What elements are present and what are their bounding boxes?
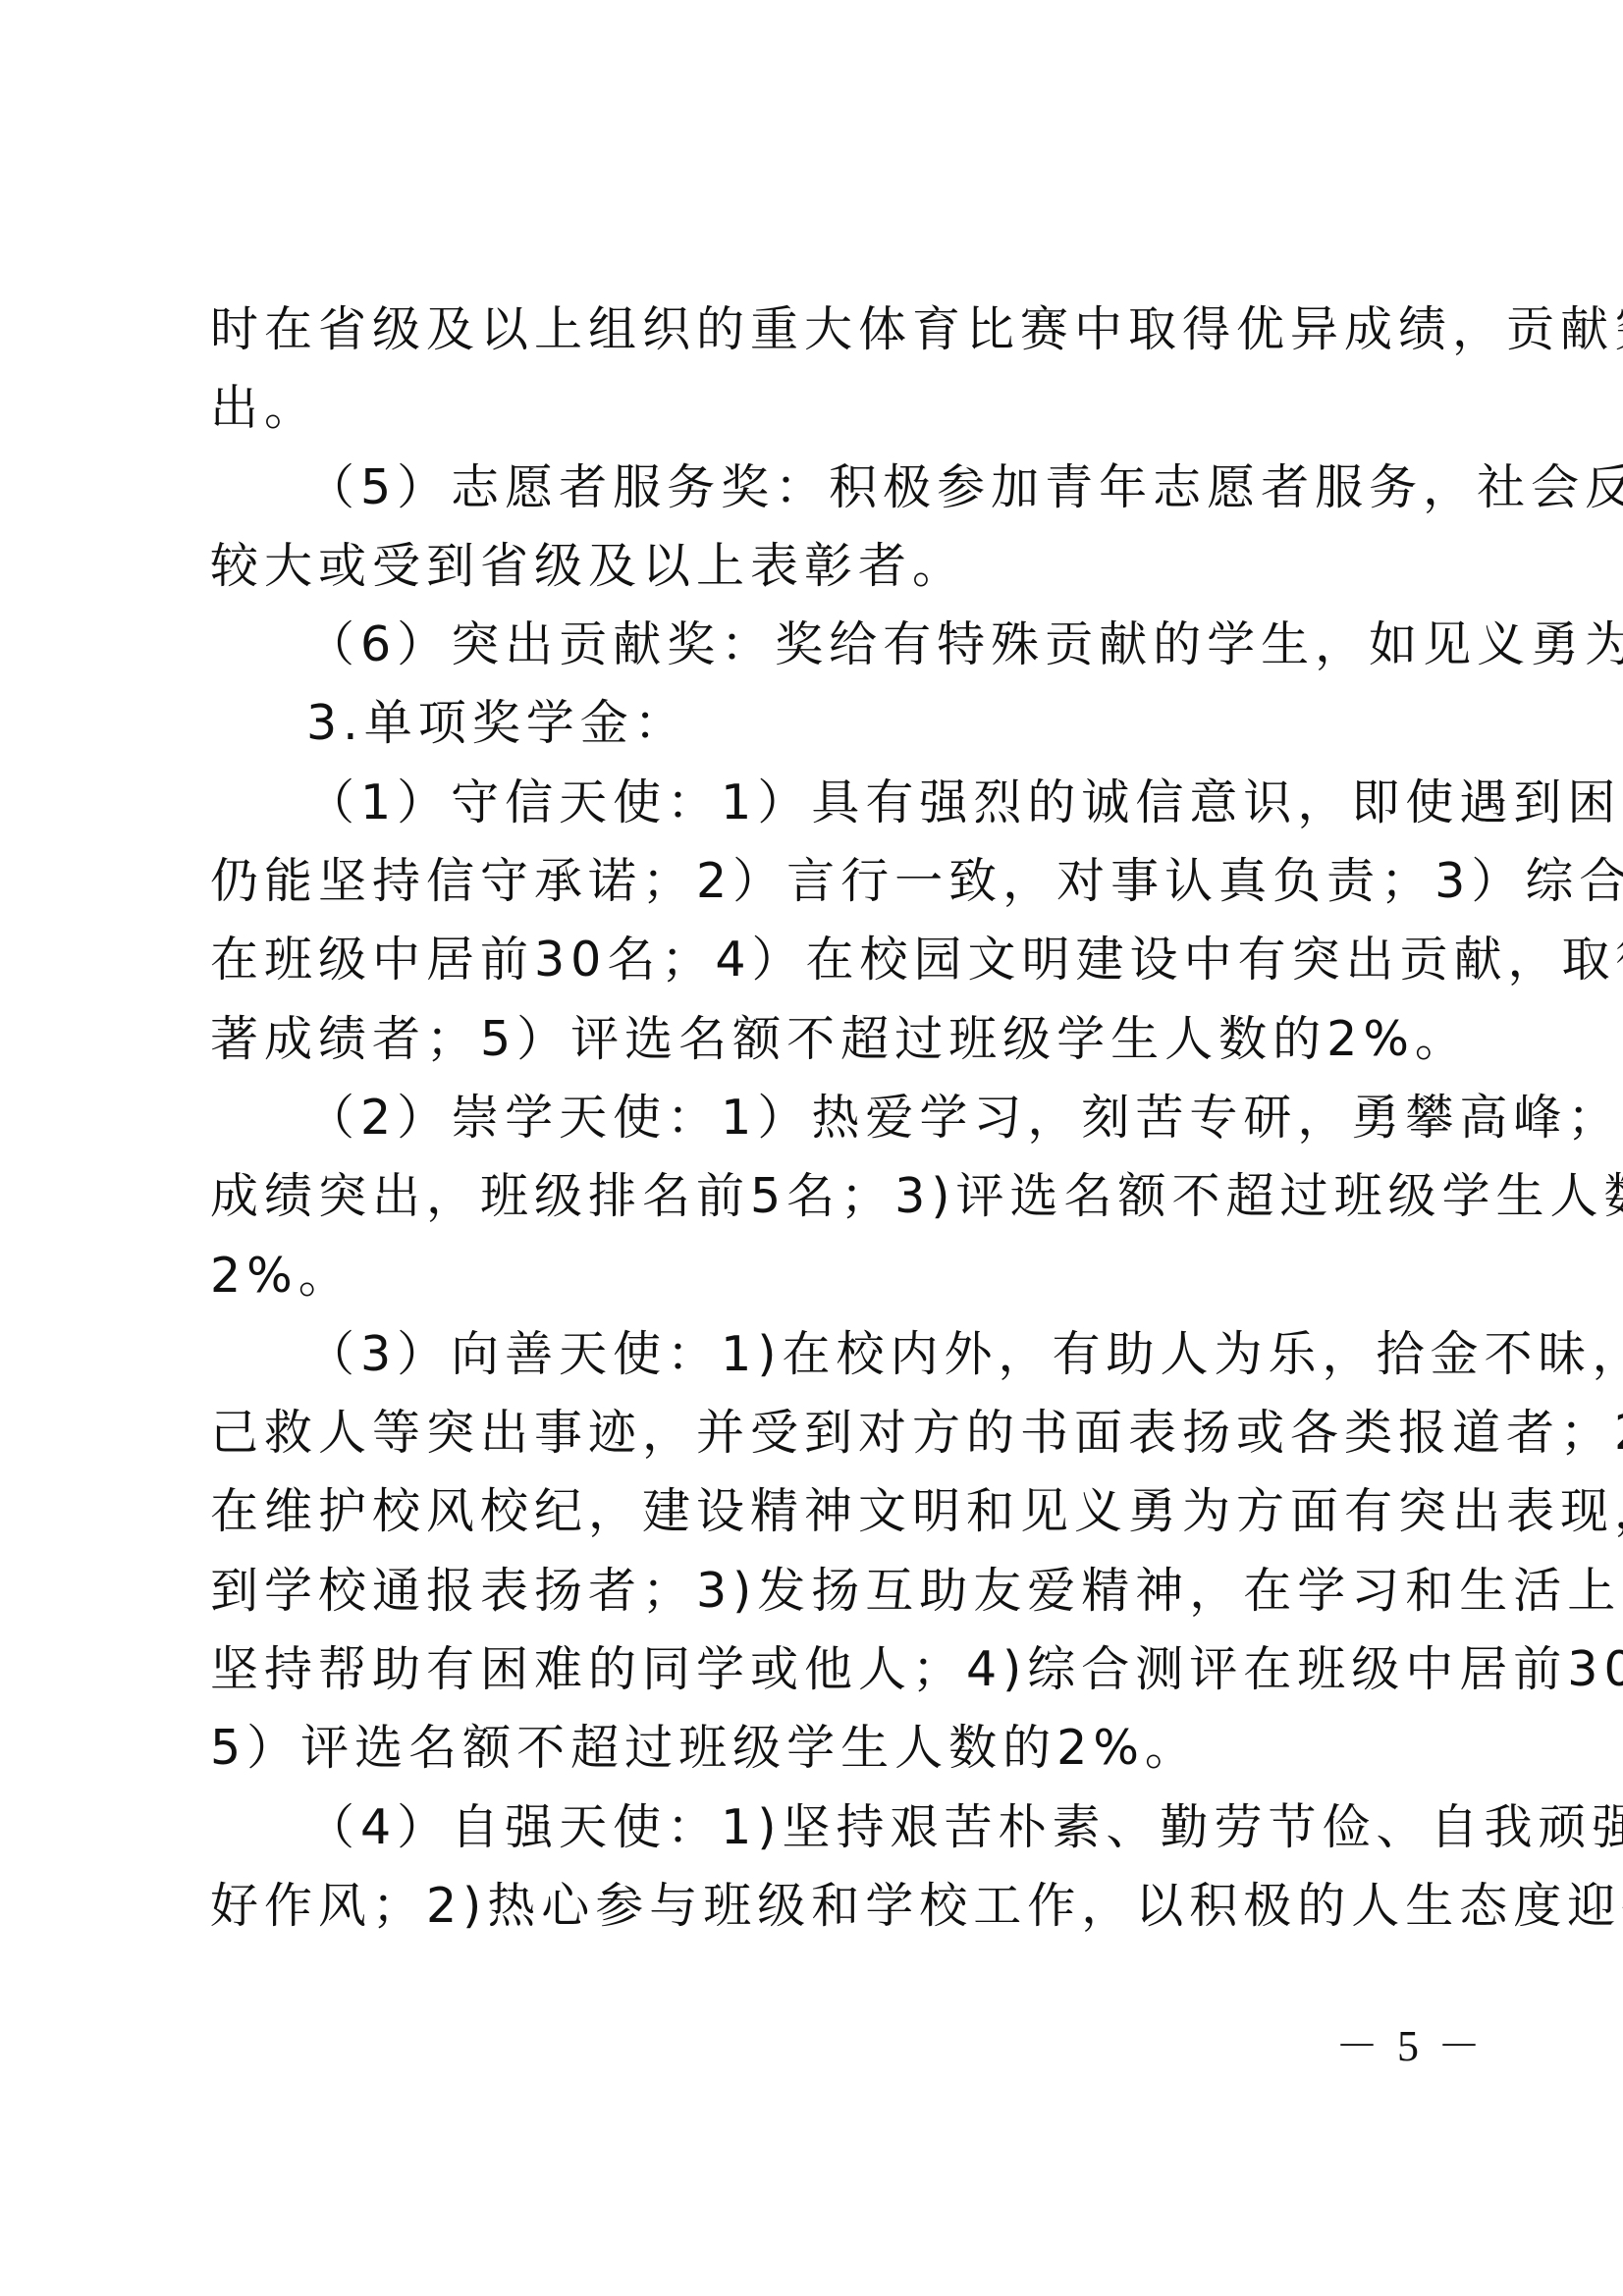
text-line: 著成绩者；5）评选名额不超过班级学生人数的2%。	[210, 1000, 1428, 1079]
text-line: 2%。	[210, 1237, 1428, 1315]
award-item-outstanding-contribution: （6）突出贡献奖：奖给有特殊贡献的学生，如见义勇为等。	[210, 606, 1428, 684]
page-number: － 5 －	[1335, 2010, 1485, 2073]
text-line: 坚持帮助有困难的同学或他人；4)综合测评在班级中居前30名；	[210, 1630, 1428, 1709]
section-heading-single-scholarship: 3.单项奖学金：	[210, 684, 1428, 763]
text-line: 出。	[210, 369, 1428, 448]
document-body: 时在省级及以上组织的重大体育比赛中取得优异成绩，贡献突 出。 （5）志愿者服务奖…	[210, 291, 1428, 1946]
text-line: 时在省级及以上组织的重大体育比赛中取得优异成绩，贡献突	[210, 291, 1428, 369]
award-item-self-reliance-angel: （4）自强天使：1)坚持艰苦朴素、勤劳节俭、自我顽强的	[210, 1789, 1428, 1867]
text-line: 到学校通报表扬者；3)发扬互助友爱精神，在学习和生活上长期	[210, 1552, 1428, 1630]
award-item-volunteer: （5）志愿者服务奖：积极参加青年志愿者服务，社会反响	[210, 449, 1428, 527]
text-line: 在班级中居前30名；4）在校园文明建设中有突出贡献，取得显	[210, 921, 1428, 999]
text-line: 较大或受到省级及以上表彰者。	[210, 527, 1428, 606]
text-line: 5）评选名额不超过班级学生人数的2%。	[210, 1709, 1428, 1788]
award-item-trust-angel: （1）守信天使：1）具有强烈的诚信意识，即使遇到困难，	[210, 764, 1428, 842]
award-item-study-angel: （2）崇学天使：1）热爱学习，刻苦专研，勇攀高峰；2）	[210, 1079, 1428, 1157]
text-line: 成绩突出，班级排名前5名；3)评选名额不超过班级学生人数的	[210, 1157, 1428, 1236]
award-item-kindness-angel: （3）向善天使：1)在校内外，有助人为乐，拾金不昧，舍	[210, 1315, 1428, 1394]
text-line: 在维护校风校纪，建设精神文明和见义勇为方面有突出表现，受	[210, 1472, 1428, 1551]
text-line: 己救人等突出事迹，并受到对方的书面表扬或各类报道者；2)	[210, 1394, 1428, 1472]
text-line: 仍能坚持信守承诺；2）言行一致，对事认真负责；3）综合测评	[210, 842, 1428, 921]
text-line: 好作风；2)热心参与班级和学校工作，以积极的人生态度迎接困	[210, 1867, 1428, 1946]
